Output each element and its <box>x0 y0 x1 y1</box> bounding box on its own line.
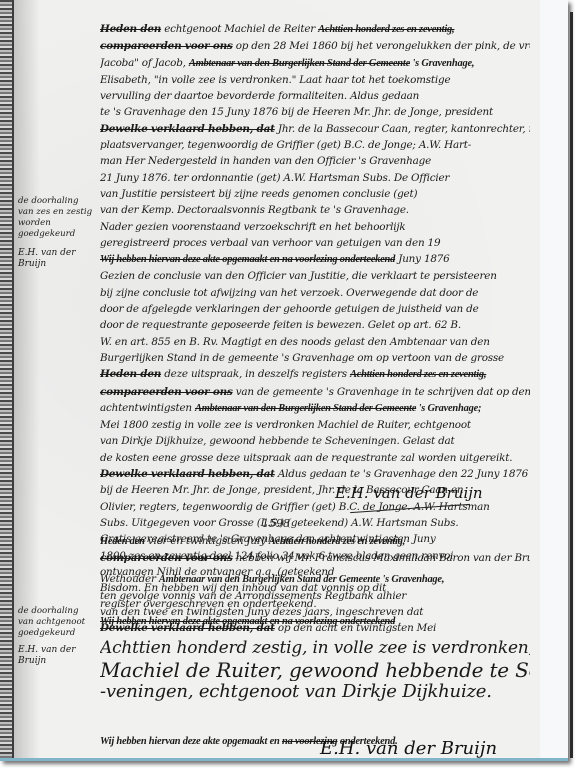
record-line: geregistreerd proces verbaal van verhoor… <box>100 235 530 251</box>
record-line: Dewelke verklaard hebben, dat Jhr. de la… <box>100 121 530 137</box>
margin-note-2: de doorhaling van achtgenoot goedgekeurd… <box>18 606 102 667</box>
record-line: Dewelke verklaard hebben, dat Aldus geda… <box>100 466 530 482</box>
record-line: van den twee en twintigsten Juny dezes j… <box>100 604 530 620</box>
record-line: Mei 1800 zestig in volle zee is verdronk… <box>100 417 530 433</box>
record-line: door de afgelegde verklaringen der gehoo… <box>100 301 530 317</box>
record-number: 1598 <box>262 517 290 530</box>
record-line: de kosten eene grosse deze uitspraak aan… <box>100 450 530 466</box>
record-script-line: Machiel de Ruiter, gewoond hebbende te S… <box>100 659 530 681</box>
margin-note-signature: E.H. van der Bruijn <box>18 248 102 270</box>
record-line: bij zijne conclusie tot afwijzing van he… <box>100 285 530 301</box>
record-line: Dewelke verklaard hebben, dat op den ach… <box>100 620 530 636</box>
record-2-body: Heden den vier en twintigsten July Achtt… <box>100 533 530 750</box>
record-line: door de requestrante geposeerde feiten i… <box>100 317 530 333</box>
record-line: 21 Juny 1876. ter ordonnantie (get) A.W.… <box>100 170 530 186</box>
record-line: Nader gezien voorenstaand verzoekschrift… <box>100 219 530 235</box>
record-line: Heden den echtgenoot Machiel de Reiter A… <box>100 21 530 38</box>
record-line: vervulling der daartoe bevorderde formal… <box>100 88 530 104</box>
record-line: compareerden voor ons van de gemeente 's… <box>100 384 530 400</box>
record-line: compareerden voor ons hebben wij Mr. Fra… <box>100 550 530 566</box>
record-script-line: -veningen, echtgenoot van Dirkje Dijkhui… <box>100 681 530 703</box>
viewer-side-panel <box>540 0 568 758</box>
record-line: van Justitie persisteert bij zijne reeds… <box>100 186 530 202</box>
record-line: ten gevolge vonnis van de Arrondissement… <box>100 588 530 604</box>
frame-shadow-edge <box>570 12 573 758</box>
record-line: plaatsvervanger, tegenwoordig de Griffie… <box>100 137 530 153</box>
record-line: Gezien de conclusie van den Officier van… <box>100 268 530 284</box>
record-line: compareerden voor ons op den 28 Mei 1860… <box>100 38 530 54</box>
margin-note-signature: E.H. van der Bruijn <box>18 645 102 667</box>
record-line: Heden den deze uitspraak, in deszelfs re… <box>100 366 530 383</box>
record-line: W. en art. 855 en B. Rv. Magtigt en des … <box>100 334 530 350</box>
record-line: achtentwintigsten Ambtenaar van den Burg… <box>100 400 530 417</box>
record-line: Wij hebben hiervan deze akte opgemaakt e… <box>100 251 530 268</box>
record-line: Heden den vier en twintigsten July Achtt… <box>100 533 530 550</box>
record-line: Wethouder Ambtenaar van den Burgerlijken… <box>100 571 530 588</box>
record-line: van Dirkje Dijkhuize, gewoond hebbende t… <box>100 433 530 449</box>
record-line: man Her Nedergesteld in handen van den O… <box>100 153 530 169</box>
record-line: Burgerlijken Stand in de gemeente 's Gra… <box>100 350 530 366</box>
page-binding-edge <box>0 0 12 758</box>
registrar-signature-2: E.H. van der Bruijn <box>320 738 497 758</box>
registrar-signature-1: E.H. van der Bruijn <box>335 484 483 502</box>
scanned-page: Heden den echtgenoot Machiel de Reiter A… <box>0 0 540 758</box>
record-script-line: Achttien honderd zestig, in volle zee is… <box>100 637 530 659</box>
record-line: van der Kemp. Dectoraalsvonnis Regtbank … <box>100 202 530 218</box>
record-line: Jacoba" of Jacob, Ambtenaar van den Burg… <box>100 55 530 72</box>
record-line: te 's Gravenhage den 15 Juny 1876 bij de… <box>100 104 530 120</box>
margin-note-1: de doorhaling van zes en zestig worden g… <box>18 196 102 270</box>
record-line: Elisabeth, "in volle zee is verdronken."… <box>100 72 530 88</box>
record-line: Subs. Uitgegeven voor Grosse (L.S.) (get… <box>100 515 530 531</box>
document-viewer-frame: Heden den echtgenoot Machiel de Reiter A… <box>0 0 568 761</box>
